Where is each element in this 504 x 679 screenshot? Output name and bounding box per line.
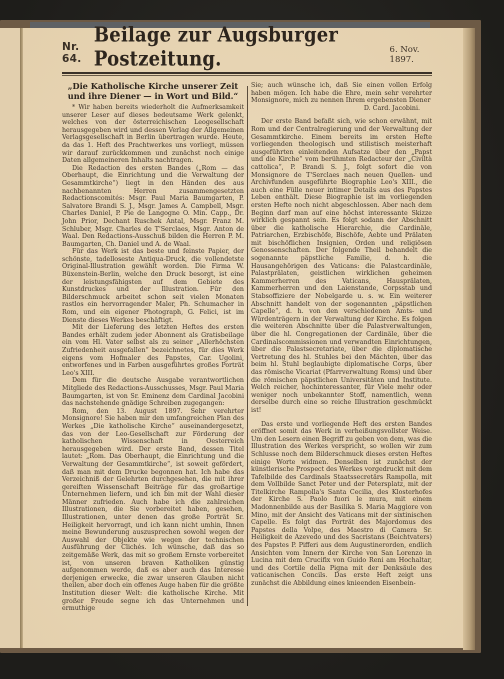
masthead: Nr. 64. Beilage zur Augsburger Postzeitu… <box>62 38 434 68</box>
facing-page-edge <box>0 28 22 648</box>
masthead-rule-thin <box>62 75 432 76</box>
column-divider <box>247 86 248 606</box>
issue-number: Nr. 64. <box>62 41 94 68</box>
letter-closing: Sie; auch wünsche ich, daß Sie einen vol… <box>251 82 432 105</box>
letter-paragraph: Rom, den 13. August 1897. Sehr verehrter… <box>62 408 244 613</box>
issue-date: 6. Nov. 1897. <box>390 45 434 68</box>
paragraph: * Wir haben bereits wiederholt die Aufme… <box>62 104 244 165</box>
paragraph: Der erste Band befaßt sich, wie schon er… <box>251 118 432 414</box>
paragraph: Für das Werk ist das beste und feinste P… <box>62 248 244 324</box>
paragraph: Das erste und vorliegende Heft des erste… <box>251 421 432 588</box>
left-column: „Die Katholische Kirche unserer Zeit und… <box>62 82 244 613</box>
letter-signature: D. Card. Jacobini. <box>251 105 432 113</box>
newspaper-title: Beilage zur Augsburger Postzeitung. <box>94 23 390 71</box>
page-stack-edge <box>463 28 475 650</box>
masthead-rule <box>62 72 432 74</box>
paragraph: Die Redaction des ersten Bandes („Rom — … <box>62 165 244 249</box>
paragraph: Dem für die deutsche Ausgabe verantwortl… <box>62 377 244 407</box>
paragraph: Mit der Lieferung des letzten Heftes des… <box>62 324 244 377</box>
right-column: Sie; auch wünsche ich, daß Sie einen vol… <box>251 82 432 588</box>
article-title: „Die Katholische Kirche unserer Zeit und… <box>62 82 244 101</box>
